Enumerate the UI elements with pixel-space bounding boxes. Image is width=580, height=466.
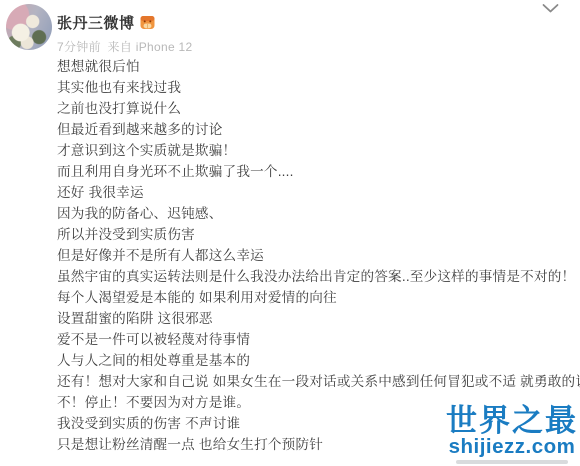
post-text-line: 所以并没受到实质伤害 [57, 224, 580, 245]
post-text-line: 虽然宇宙的真实运转法则是什么我没办法给出肯定的答案..至少这样的事情是不对的！ [57, 266, 580, 287]
post-text-line: 还有！想对大家和自己说 如果女生在一段对话或关系中感到任何冒犯或不适 就勇敢的说 [57, 371, 580, 392]
post-text-line: 而且利用自身光环不止欺骗了我一个.... [57, 161, 580, 182]
post-text-line: 但是好像并不是所有人都这么幸运 [57, 245, 580, 266]
post-text-line: 还好 我很幸运 [57, 182, 580, 203]
post-text-line: 因为我的防备心、迟钝感、 [57, 203, 580, 224]
post-source[interactable]: 来自 iPhone 12 [108, 40, 193, 54]
post-text: 想想就很后怕其实他也有来找过我之前也没打算说什么但最近看到越来越多的讨论才意识到… [57, 56, 580, 455]
post-text-line: 其实他也有来找过我 [57, 77, 580, 98]
watermark-title: 世界之最 [446, 405, 578, 436]
post-header: 张丹三微博 7分钟前 来自 iPhone 12 [6, 4, 572, 54]
watermark-underline [456, 460, 568, 464]
post-text-line: 想想就很后怕 [57, 56, 580, 77]
post-text-line: 设置甜蜜的陷阱 这很邪恶 [57, 308, 580, 329]
post-text-line: 每个人渴望爱是本能的 如果利用对爱情的向往 [57, 287, 580, 308]
post-time: 7分钟前 [57, 40, 101, 54]
chevron-down-icon[interactable] [541, 3, 560, 14]
username[interactable]: 张丹三微博 [57, 12, 135, 33]
watermark-domain: shijiezz.com [446, 437, 578, 458]
avatar[interactable] [6, 4, 52, 50]
post-text-line: 之前也没打算说什么 [57, 98, 580, 119]
shy-face-emoji-icon [140, 15, 155, 30]
post-text-line: 但最近看到越来越多的讨论 [57, 119, 580, 140]
post-text-line: 爱不是一件可以被轻蔑对待事情 [57, 329, 580, 350]
post-text-line: 人与人之间的相处尊重是基本的 [57, 350, 580, 371]
watermark: 世界之最 shijiezz.com [446, 405, 578, 466]
header-text: 张丹三微博 7分钟前 来自 iPhone 12 [57, 4, 572, 55]
post-text-line: 才意识到这个实质就是欺骗！ [57, 140, 580, 161]
